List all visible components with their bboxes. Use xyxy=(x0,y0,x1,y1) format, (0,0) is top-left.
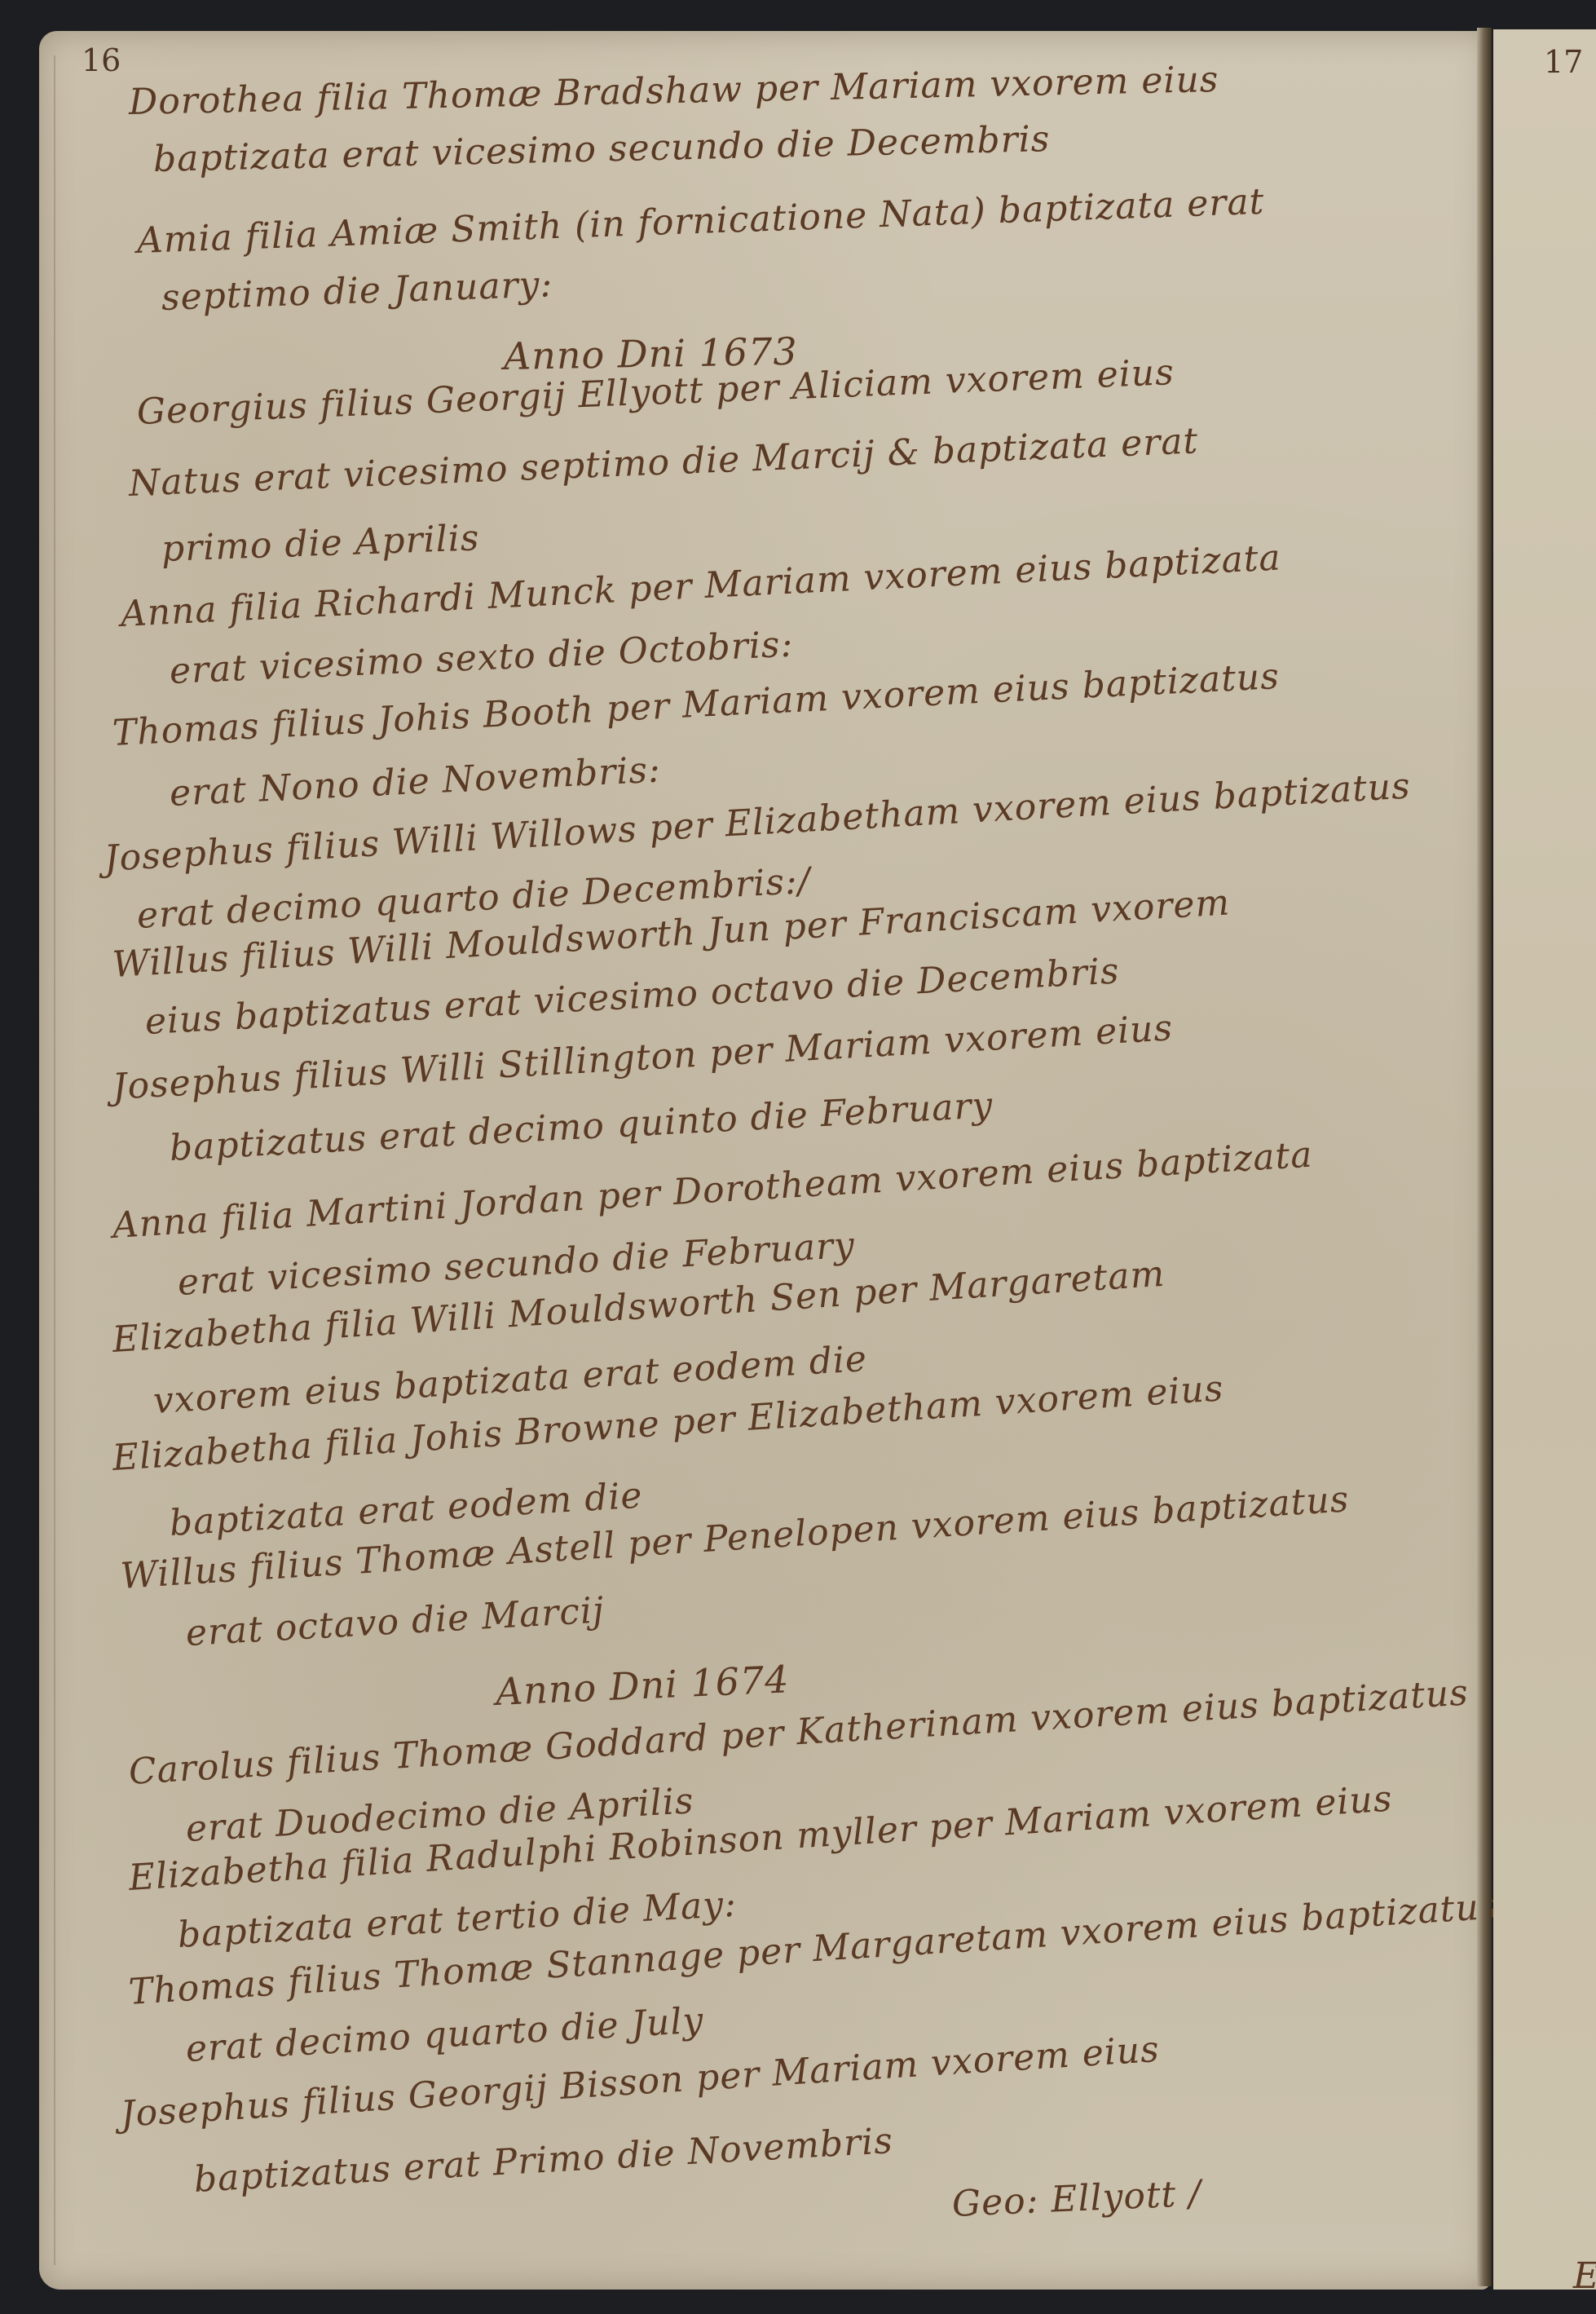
register-line: erat vicesimo sexto die Octobris: xyxy=(169,624,794,692)
page-number-left: 16 xyxy=(82,42,121,78)
register-line: baptizatus erat Primo die Novembris xyxy=(193,2120,894,2201)
register-line: erat octavo die Marcij xyxy=(185,1589,606,1654)
right-page-text-fragment: E xyxy=(1573,2255,1596,2297)
register-line: primo die Aprilis xyxy=(161,517,480,570)
register-line: Amia filia Amiæ Smith (in fornicatione N… xyxy=(136,181,1265,262)
book-gutter xyxy=(1477,28,1492,2286)
register-line: erat decimo quarto die July xyxy=(185,2000,705,2070)
left-manuscript-page: 16 Dorothea filia Thomæ Bradshaw per Mar… xyxy=(39,31,1490,2290)
curate-signature: Geo: Ellyott / xyxy=(951,2173,1202,2225)
register-line: Natus erat vicesimo septimo die Marcij &… xyxy=(128,420,1199,505)
year-heading: Anno Dni 1674 xyxy=(495,1657,791,1714)
register-line: septimo die January: xyxy=(161,263,553,319)
register-line: Dorothea filia Thomæ Bradshaw per Mariam… xyxy=(128,59,1219,123)
register-line: erat Nono die Novembris: xyxy=(169,749,662,815)
register-line: Thomas filius Thomæ Stannage per Margare… xyxy=(127,1885,1499,2013)
register-line: baptizata erat vicesimo secundo die Dece… xyxy=(152,118,1050,180)
page-number-right: 17 xyxy=(1544,44,1583,80)
right-manuscript-page-edge: 17 E xyxy=(1493,29,1596,2290)
register-line: Carolus filius Thomæ Goddard per Katheri… xyxy=(127,1671,1470,1793)
